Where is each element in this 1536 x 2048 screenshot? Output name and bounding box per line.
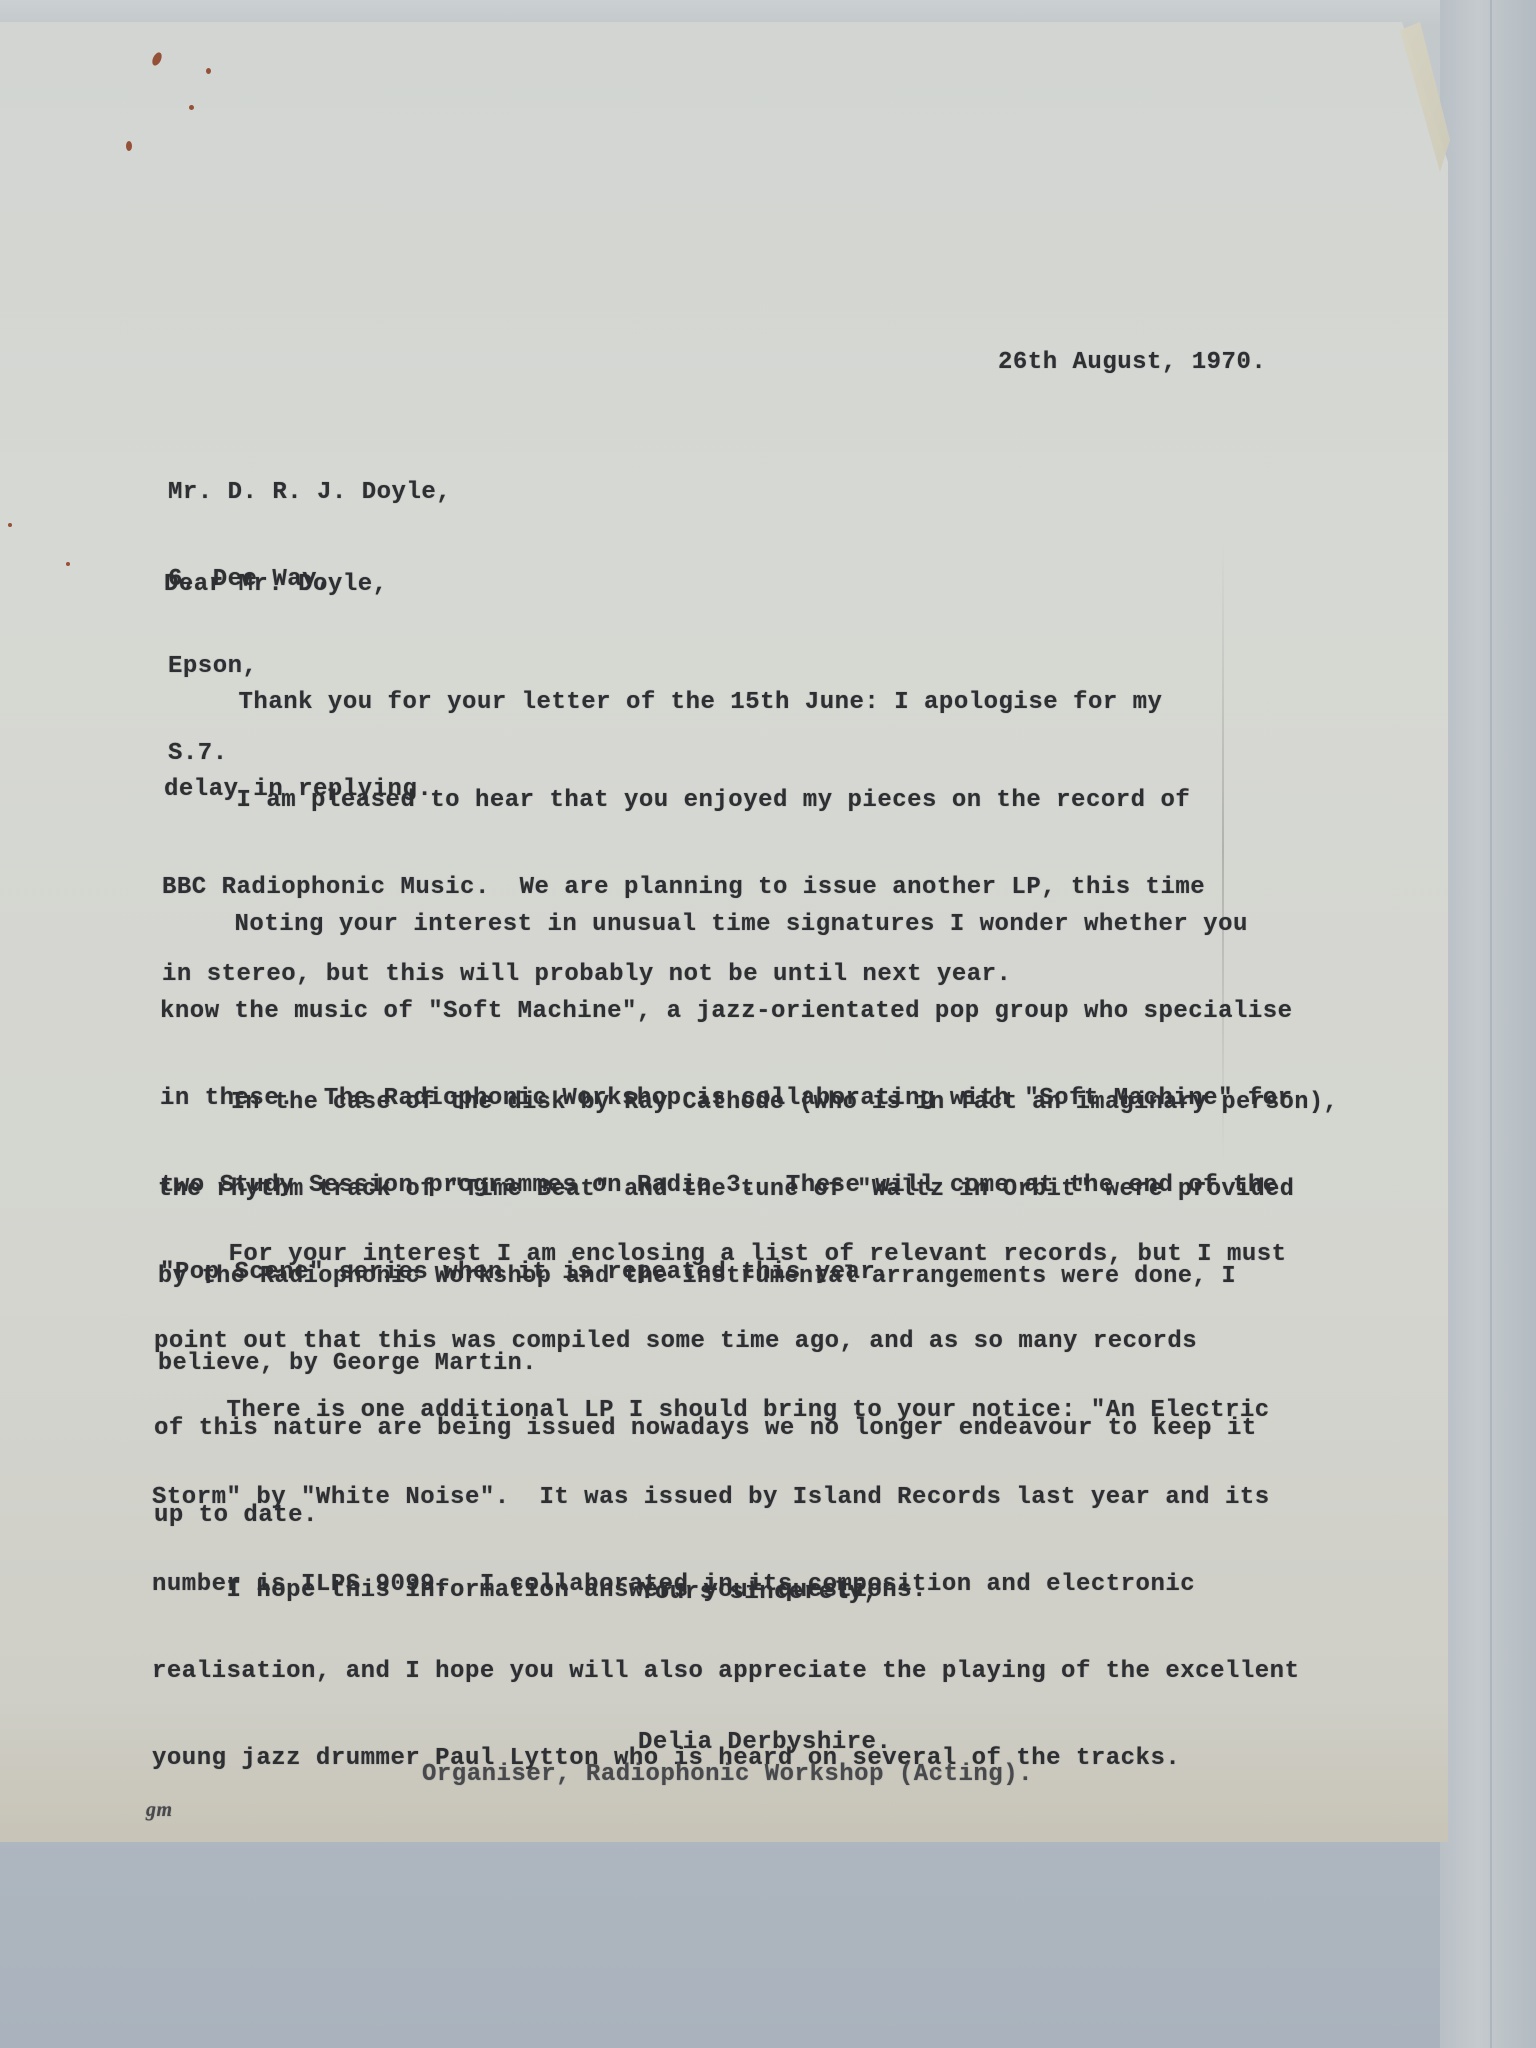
paragraph-line: There is one additional LP I should brin… xyxy=(152,1396,1299,1425)
signatory-title: Organiser, Radiophonic Workshop (Acting)… xyxy=(422,1760,1033,1789)
paragraph-line: realisation, and I hope you will also ap… xyxy=(152,1657,1299,1686)
address-line: Mr. D. R. J. Doyle, xyxy=(168,478,451,507)
closing: Yours sincerely, xyxy=(640,1578,878,1607)
typist-initials: gm xyxy=(146,1796,173,1825)
backdrop-top xyxy=(0,0,1536,24)
backdrop-right xyxy=(1440,0,1536,2048)
paragraph-line: For your interest I am enclosing a list … xyxy=(154,1240,1287,1269)
stain-mark xyxy=(206,68,211,74)
signatory-name: Delia Derbyshire. xyxy=(638,1728,891,1757)
paragraph-7: I hope this information answers your que… xyxy=(152,1518,927,1634)
paragraph-line: In the case of the disk by Ray Cathode (… xyxy=(158,1088,1338,1117)
stain-mark xyxy=(126,141,132,151)
salutation: Dear Mr. Doyle, xyxy=(164,570,388,599)
stain-mark xyxy=(66,562,70,566)
letter-date: 26th August, 1970. xyxy=(998,348,1266,377)
stain-mark xyxy=(8,523,12,527)
paragraph-line: Storm" by "White Noise". It was issued b… xyxy=(152,1483,1299,1512)
paragraph-line: know the music of "Soft Machine", a jazz… xyxy=(160,997,1293,1026)
paragraph-line: Thank you for your letter of the 15th Ju… xyxy=(164,688,1162,717)
stain-mark xyxy=(189,105,194,110)
paragraph-line: Noting your interest in unusual time sig… xyxy=(160,910,1293,939)
paragraph-line: I am pleased to hear that you enjoyed my… xyxy=(162,786,1205,815)
